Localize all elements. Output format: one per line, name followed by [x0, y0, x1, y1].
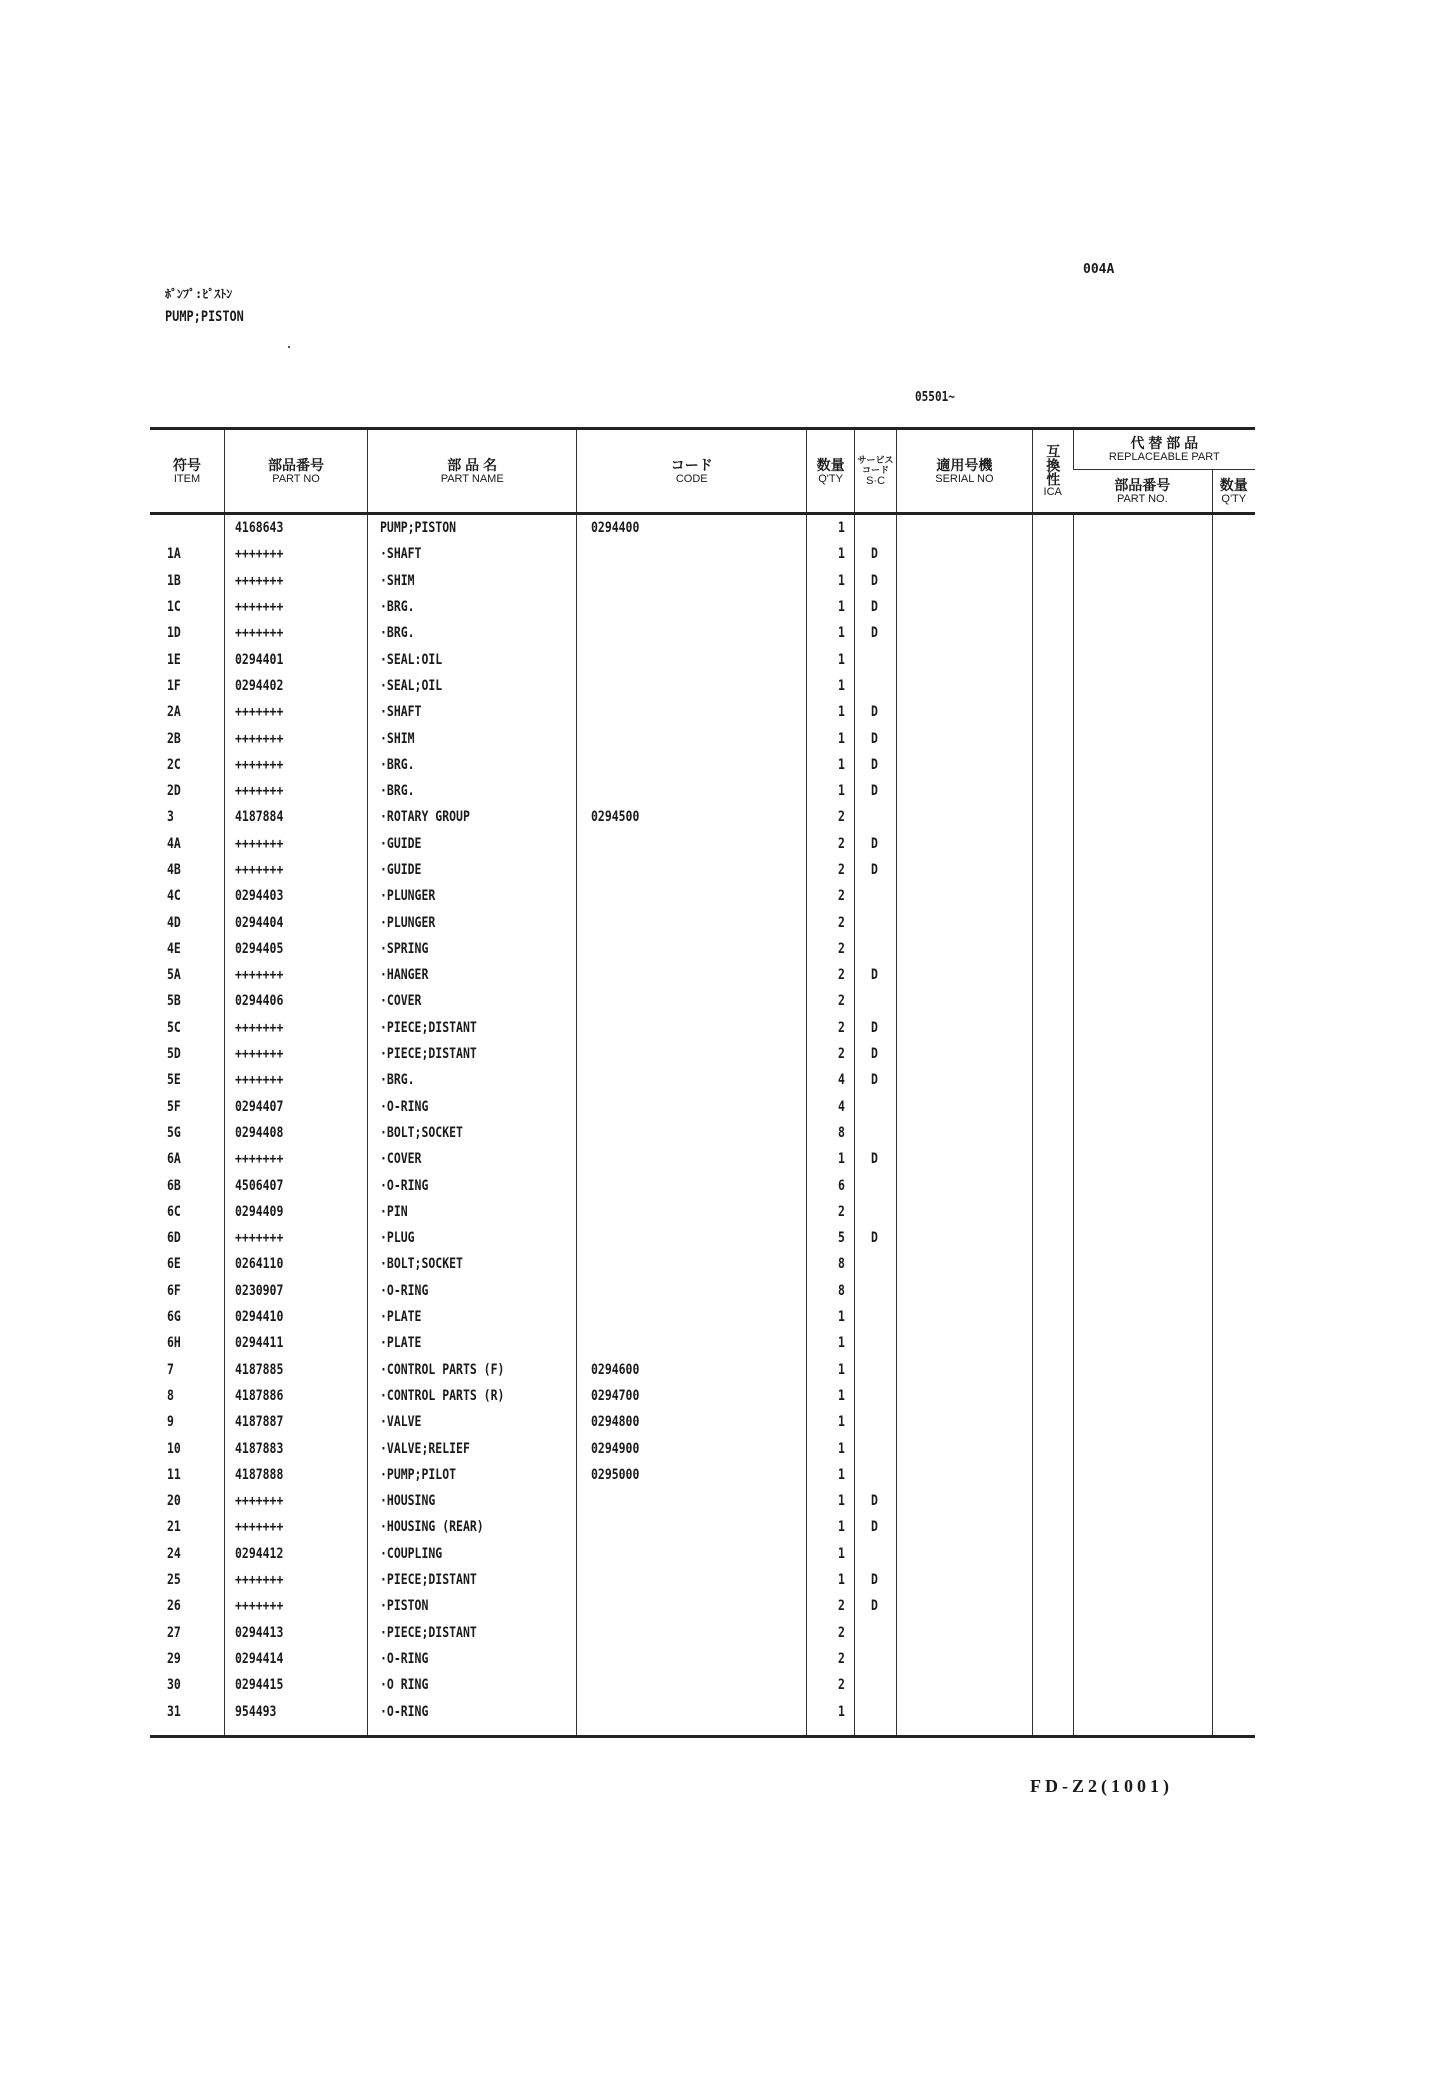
part-name-cell: ·PLUNGER [368, 883, 577, 909]
serial-no-cell [896, 673, 1032, 699]
qty-cell: 1 [807, 1514, 855, 1540]
qty-cell: 2 [807, 962, 855, 988]
rp-part-no-cell [1073, 1488, 1212, 1514]
item-cell: 20 [150, 1488, 225, 1514]
part-no-cell: 0230907 [225, 1278, 368, 1304]
qty-cell: 1 [807, 752, 855, 778]
qty-cell: 1 [807, 541, 855, 567]
ica-cell [1032, 857, 1073, 883]
rp-part-no-cell [1073, 1462, 1212, 1488]
service-code-cell: D [855, 541, 897, 567]
parts-table: 符号ITEM 部品番号PART NO 部 品 名PART NAME コードCOD… [150, 427, 1255, 1738]
ica-cell [1032, 752, 1073, 778]
part-name-cell: ·BRG. [368, 752, 577, 778]
part-no-cell: 0294410 [225, 1304, 368, 1330]
service-code-cell: D [855, 568, 897, 594]
code-cell [577, 1514, 807, 1540]
serial-no-cell [896, 1672, 1032, 1698]
qty-cell: 1 [807, 1409, 855, 1435]
serial-no-cell [896, 620, 1032, 646]
rp-qty-cell [1212, 1357, 1255, 1383]
qty-cell: 1 [807, 1567, 855, 1593]
part-name-cell: ·CONTROL PARTS (F) [368, 1357, 577, 1383]
table-row: 6C0294409·PIN2 [150, 1199, 1255, 1225]
table-row: 5G0294408·BOLT;SOCKET8 [150, 1120, 1255, 1146]
code-cell [577, 1146, 807, 1172]
part-no-cell: +++++++ [225, 725, 368, 751]
ica-cell [1032, 1435, 1073, 1461]
serial-no-cell [896, 1015, 1032, 1041]
part-name-cell: ·SHAFT [368, 541, 577, 567]
code-cell [577, 831, 807, 857]
table-row: 4C0294403·PLUNGER2 [150, 883, 1255, 909]
rp-qty-cell [1212, 1409, 1255, 1435]
rp-part-no-cell [1073, 778, 1212, 804]
page-code: 004A [1083, 262, 1114, 277]
serial-no-cell [896, 1041, 1032, 1067]
table-row: 4A+++++++·GUIDE2D [150, 831, 1255, 857]
service-code-cell [855, 673, 897, 699]
table-row: 1F0294402·SEAL;OIL1 [150, 673, 1255, 699]
rp-part-no-cell [1073, 1646, 1212, 1672]
rp-qty-cell [1212, 1514, 1255, 1540]
service-code-cell: D [855, 1146, 897, 1172]
rp-part-no-cell [1073, 1120, 1212, 1146]
ica-cell [1032, 1146, 1073, 1172]
table-row: 2B+++++++·SHIM1D [150, 725, 1255, 751]
serial-no-cell [896, 804, 1032, 830]
item-cell: 21 [150, 1514, 225, 1540]
serial-no-cell [896, 1172, 1032, 1198]
serial-no-cell [896, 699, 1032, 725]
part-no-cell: 4168643 [225, 514, 368, 542]
item-cell: 5G [150, 1120, 225, 1146]
part-name-cell: ·BRG. [368, 594, 577, 620]
qty-cell: 1 [807, 699, 855, 725]
service-code-cell: D [855, 1488, 897, 1514]
item-cell: 31 [150, 1698, 225, 1736]
item-cell: 6A [150, 1146, 225, 1172]
table-row: 5C+++++++·PIECE;DISTANT2D [150, 1015, 1255, 1041]
rp-qty-cell [1212, 752, 1255, 778]
code-cell [577, 1619, 807, 1645]
table-row: 6F0230907·O-RING8 [150, 1278, 1255, 1304]
rp-part-no-cell [1073, 1593, 1212, 1619]
qty-cell: 2 [807, 1593, 855, 1619]
part-no-cell: 0294412 [225, 1541, 368, 1567]
rp-qty-cell [1212, 1304, 1255, 1330]
item-cell: 6G [150, 1304, 225, 1330]
part-name-cell: ·GUIDE [368, 857, 577, 883]
code-cell [577, 699, 807, 725]
ica-cell [1032, 1015, 1073, 1041]
part-no-cell: +++++++ [225, 1225, 368, 1251]
serial-no-cell [896, 594, 1032, 620]
ica-cell [1032, 962, 1073, 988]
item-cell: 4D [150, 909, 225, 935]
service-code-cell [855, 936, 897, 962]
part-no-cell: +++++++ [225, 1146, 368, 1172]
service-code-cell [855, 1698, 897, 1736]
item-cell: 2D [150, 778, 225, 804]
code-cell [577, 936, 807, 962]
service-code-cell [855, 514, 897, 542]
table-row: 4D0294404·PLUNGER2 [150, 909, 1255, 935]
rp-part-no-cell [1073, 541, 1212, 567]
part-name-cell: ·O-RING [368, 1094, 577, 1120]
part-name-cell: ·PLATE [368, 1304, 577, 1330]
rp-part-no-cell [1073, 646, 1212, 672]
code-cell [577, 1567, 807, 1593]
rp-part-no-cell [1073, 1225, 1212, 1251]
code-cell [577, 1120, 807, 1146]
part-no-cell: 4187886 [225, 1383, 368, 1409]
table-row: 1B+++++++·SHIM1D [150, 568, 1255, 594]
part-no-cell: +++++++ [225, 831, 368, 857]
code-cell [577, 1698, 807, 1736]
item-cell: 4E [150, 936, 225, 962]
rp-qty-cell [1212, 1567, 1255, 1593]
part-name-cell: ·PIECE;DISTANT [368, 1041, 577, 1067]
service-code-cell [855, 804, 897, 830]
part-no-cell: 4506407 [225, 1172, 368, 1198]
serial-no-cell [896, 1514, 1032, 1540]
table-row: 5D+++++++·PIECE;DISTANT2D [150, 1041, 1255, 1067]
service-code-cell: D [855, 1015, 897, 1041]
rp-qty-cell [1212, 804, 1255, 830]
rp-qty-cell [1212, 1041, 1255, 1067]
ica-cell [1032, 1357, 1073, 1383]
ica-cell [1032, 804, 1073, 830]
part-no-cell: 0294407 [225, 1094, 368, 1120]
table-row: 4E0294405·SPRING2 [150, 936, 1255, 962]
service-code-cell: D [855, 752, 897, 778]
part-name-cell: ·BOLT;SOCKET [368, 1251, 577, 1277]
rp-part-no-cell [1073, 568, 1212, 594]
serial-no-cell [896, 725, 1032, 751]
rp-qty-cell [1212, 1251, 1255, 1277]
part-name-cell: ·ROTARY GROUP [368, 804, 577, 830]
rp-part-no-cell [1073, 1304, 1212, 1330]
rp-part-no-cell [1073, 1278, 1212, 1304]
parts-table-body: 4168643PUMP;PISTON029440011A+++++++·SHAF… [150, 514, 1255, 1737]
table-row: 1D+++++++·BRG.1D [150, 620, 1255, 646]
item-cell: 4B [150, 857, 225, 883]
table-row: 5F0294407·O-RING4 [150, 1094, 1255, 1120]
title-japanese: ﾎﾟﾝﾌﾟ:ﾋﾟｽﾄﾝ [165, 285, 232, 302]
serial-no-cell [896, 1409, 1032, 1435]
ica-cell [1032, 594, 1073, 620]
service-code-cell [855, 646, 897, 672]
ica-cell [1032, 1304, 1073, 1330]
code-cell [577, 883, 807, 909]
part-name-cell: ·O-RING [368, 1172, 577, 1198]
code-cell [577, 1251, 807, 1277]
service-code-cell: D [855, 962, 897, 988]
qty-cell: 1 [807, 1330, 855, 1356]
rp-qty-cell [1212, 620, 1255, 646]
serial-no-cell [896, 1094, 1032, 1120]
ica-cell [1032, 1172, 1073, 1198]
serial-no-cell [896, 1567, 1032, 1593]
item-cell [150, 514, 225, 542]
service-code-cell [855, 1199, 897, 1225]
part-name-cell: ·BRG. [368, 1067, 577, 1093]
part-name-cell: ·HANGER [368, 962, 577, 988]
part-no-cell: 0294414 [225, 1646, 368, 1672]
rp-qty-cell [1212, 883, 1255, 909]
serial-no-cell [896, 936, 1032, 962]
item-cell: 1A [150, 541, 225, 567]
item-cell: 6C [150, 1199, 225, 1225]
code-cell: 0294800 [577, 1409, 807, 1435]
rp-part-no-cell [1073, 857, 1212, 883]
service-code-cell: D [855, 1067, 897, 1093]
part-name-cell: ·PIECE;DISTANT [368, 1619, 577, 1645]
serial-no-cell [896, 988, 1032, 1014]
ica-cell [1032, 646, 1073, 672]
code-cell [577, 1015, 807, 1041]
item-cell: 5E [150, 1067, 225, 1093]
table-row: 114187888·PUMP;PILOT02950001 [150, 1462, 1255, 1488]
service-code-cell [855, 1619, 897, 1645]
rp-qty-cell [1212, 594, 1255, 620]
part-no-cell: 0294405 [225, 936, 368, 962]
table-row: 240294412·COUPLING1 [150, 1541, 1255, 1567]
qty-cell: 1 [807, 1462, 855, 1488]
part-name-cell: ·GUIDE [368, 831, 577, 857]
ica-cell [1032, 1225, 1073, 1251]
rp-qty-cell [1212, 936, 1255, 962]
serial-no-cell [896, 1357, 1032, 1383]
rp-qty-cell [1212, 1199, 1255, 1225]
serial-no-cell [896, 1541, 1032, 1567]
item-cell: 1C [150, 594, 225, 620]
service-code-cell: D [855, 857, 897, 883]
qty-cell: 2 [807, 1646, 855, 1672]
serial-no-cell [896, 752, 1032, 778]
part-no-cell: +++++++ [225, 568, 368, 594]
item-cell: 1E [150, 646, 225, 672]
part-no-cell: 4187884 [225, 804, 368, 830]
ica-cell [1032, 988, 1073, 1014]
part-name-cell: ·COVER [368, 1146, 577, 1172]
table-row: 1E0294401·SEAL:OIL1 [150, 646, 1255, 672]
item-cell: 5D [150, 1041, 225, 1067]
serial-no-cell [896, 1619, 1032, 1645]
footer-doc-code: FD-Z2(1001) [1030, 1776, 1173, 1797]
service-code-cell [855, 1304, 897, 1330]
rp-part-no-cell [1073, 1409, 1212, 1435]
item-cell: 4A [150, 831, 225, 857]
serial-no-cell [896, 1225, 1032, 1251]
rp-qty-cell [1212, 1593, 1255, 1619]
qty-cell: 1 [807, 725, 855, 751]
part-name-cell: ·BRG. [368, 620, 577, 646]
rp-qty-cell [1212, 725, 1255, 751]
serial-no-cell [896, 1199, 1032, 1225]
part-name-cell: PUMP;PISTON [368, 514, 577, 542]
rp-part-no-cell [1073, 1698, 1212, 1736]
part-name-cell: ·HOUSING [368, 1488, 577, 1514]
part-name-cell: ·PLATE [368, 1330, 577, 1356]
parts-table-container: 符号ITEM 部品番号PART NO 部 品 名PART NAME コードCOD… [150, 427, 1255, 1738]
table-row: 1C+++++++·BRG.1D [150, 594, 1255, 620]
part-name-cell: ·PLUNGER [368, 909, 577, 935]
item-cell: 6B [150, 1172, 225, 1198]
ica-cell [1032, 725, 1073, 751]
service-code-cell: D [855, 594, 897, 620]
rp-part-no-cell [1073, 1067, 1212, 1093]
rp-qty-cell [1212, 1278, 1255, 1304]
ica-cell [1032, 1278, 1073, 1304]
table-row: 5B0294406·COVER2 [150, 988, 1255, 1014]
qty-cell: 8 [807, 1120, 855, 1146]
part-name-cell: ·BRG. [368, 778, 577, 804]
part-no-cell: +++++++ [225, 620, 368, 646]
service-code-cell [855, 1383, 897, 1409]
table-row: 26+++++++·PISTON2D [150, 1593, 1255, 1619]
rp-part-no-cell [1073, 1251, 1212, 1277]
rp-qty-cell [1212, 1015, 1255, 1041]
code-cell [577, 620, 807, 646]
ica-cell [1032, 936, 1073, 962]
service-code-cell: D [855, 1514, 897, 1540]
item-cell: 1B [150, 568, 225, 594]
ica-cell [1032, 699, 1073, 725]
rp-qty-cell [1212, 699, 1255, 725]
part-name-cell: ·COUPLING [368, 1541, 577, 1567]
service-code-cell: D [855, 778, 897, 804]
rp-qty-cell [1212, 1172, 1255, 1198]
item-cell: 27 [150, 1619, 225, 1645]
part-no-cell: 0294404 [225, 909, 368, 935]
service-code-cell [855, 1094, 897, 1120]
part-name-cell: ·SEAL;OIL [368, 673, 577, 699]
qty-cell: 1 [807, 594, 855, 620]
qty-cell: 2 [807, 1672, 855, 1698]
rp-part-no-cell [1073, 594, 1212, 620]
ica-cell [1032, 831, 1073, 857]
col-header-service-code: サービスコードS·C [855, 429, 897, 514]
rp-qty-cell [1212, 646, 1255, 672]
serial-no-cell [896, 541, 1032, 567]
ica-cell [1032, 1383, 1073, 1409]
ica-cell [1032, 1330, 1073, 1356]
rp-part-no-cell [1073, 725, 1212, 751]
ica-cell [1032, 1199, 1073, 1225]
item-cell: 30 [150, 1672, 225, 1698]
part-no-cell: 0294408 [225, 1120, 368, 1146]
ica-cell [1032, 673, 1073, 699]
table-row: 6A+++++++·COVER1D [150, 1146, 1255, 1172]
qty-cell: 2 [807, 1041, 855, 1067]
rp-part-no-cell [1073, 936, 1212, 962]
col-header-rp-part-no: 部品番号PART NO. [1073, 470, 1212, 514]
qty-cell: 1 [807, 1357, 855, 1383]
rp-qty-cell [1212, 1120, 1255, 1146]
rp-qty-cell [1212, 909, 1255, 935]
serial-no-cell [896, 514, 1032, 542]
qty-cell: 2 [807, 1015, 855, 1041]
ica-cell [1032, 1567, 1073, 1593]
code-cell [577, 1067, 807, 1093]
serial-no-cell [896, 1067, 1032, 1093]
scan-speck [288, 346, 290, 348]
part-no-cell: 0294415 [225, 1672, 368, 1698]
col-header-part-name: 部 品 名PART NAME [368, 429, 577, 514]
ica-cell [1032, 1646, 1073, 1672]
item-cell: 6H [150, 1330, 225, 1356]
service-code-cell [855, 1330, 897, 1356]
rp-part-no-cell [1073, 1172, 1212, 1198]
item-cell: 10 [150, 1435, 225, 1461]
code-cell [577, 1172, 807, 1198]
col-header-item: 符号ITEM [150, 429, 225, 514]
code-cell: 0295000 [577, 1462, 807, 1488]
code-cell [577, 1225, 807, 1251]
qty-cell: 2 [807, 936, 855, 962]
ica-cell [1032, 1251, 1073, 1277]
rp-qty-cell [1212, 1462, 1255, 1488]
qty-cell: 1 [807, 673, 855, 699]
part-name-cell: ·PLUG [368, 1225, 577, 1251]
qty-cell: 4 [807, 1067, 855, 1093]
service-code-cell: D [855, 1567, 897, 1593]
part-no-cell: +++++++ [225, 1593, 368, 1619]
table-row: 270294413·PIECE;DISTANT2 [150, 1619, 1255, 1645]
rp-part-no-cell [1073, 1146, 1212, 1172]
part-no-cell: +++++++ [225, 1514, 368, 1540]
serial-no-cell [896, 778, 1032, 804]
part-name-cell: ·SEAL:OIL [368, 646, 577, 672]
rp-part-no-cell [1073, 1435, 1212, 1461]
code-cell [577, 568, 807, 594]
service-code-cell [855, 1409, 897, 1435]
code-cell [577, 988, 807, 1014]
item-cell: 11 [150, 1462, 225, 1488]
part-no-cell: 0294411 [225, 1330, 368, 1356]
rp-part-no-cell [1073, 1514, 1212, 1540]
part-no-cell: +++++++ [225, 778, 368, 804]
ica-cell [1032, 1488, 1073, 1514]
code-cell: 0294500 [577, 804, 807, 830]
rp-qty-cell [1212, 1146, 1255, 1172]
part-name-cell: ·PIECE;DISTANT [368, 1015, 577, 1041]
ica-cell [1032, 1067, 1073, 1093]
qty-cell: 4 [807, 1094, 855, 1120]
part-name-cell: ·O-RING [368, 1698, 577, 1736]
rp-part-no-cell [1073, 1357, 1212, 1383]
code-cell [577, 1278, 807, 1304]
col-header-code: コードCODE [577, 429, 807, 514]
part-no-cell: 0294402 [225, 673, 368, 699]
rp-qty-cell [1212, 1619, 1255, 1645]
code-cell [577, 778, 807, 804]
qty-cell: 1 [807, 1146, 855, 1172]
part-name-cell: ·SHAFT [368, 699, 577, 725]
rp-part-no-cell [1073, 988, 1212, 1014]
ica-cell [1032, 1698, 1073, 1736]
col-header-ica: 互換性ICA [1032, 429, 1073, 514]
part-name-cell: ·HOUSING (REAR) [368, 1514, 577, 1540]
item-cell: 1F [150, 673, 225, 699]
code-cell [577, 594, 807, 620]
rp-part-no-cell [1073, 620, 1212, 646]
code-cell [577, 1541, 807, 1567]
qty-cell: 2 [807, 804, 855, 830]
service-code-cell: D [855, 699, 897, 725]
